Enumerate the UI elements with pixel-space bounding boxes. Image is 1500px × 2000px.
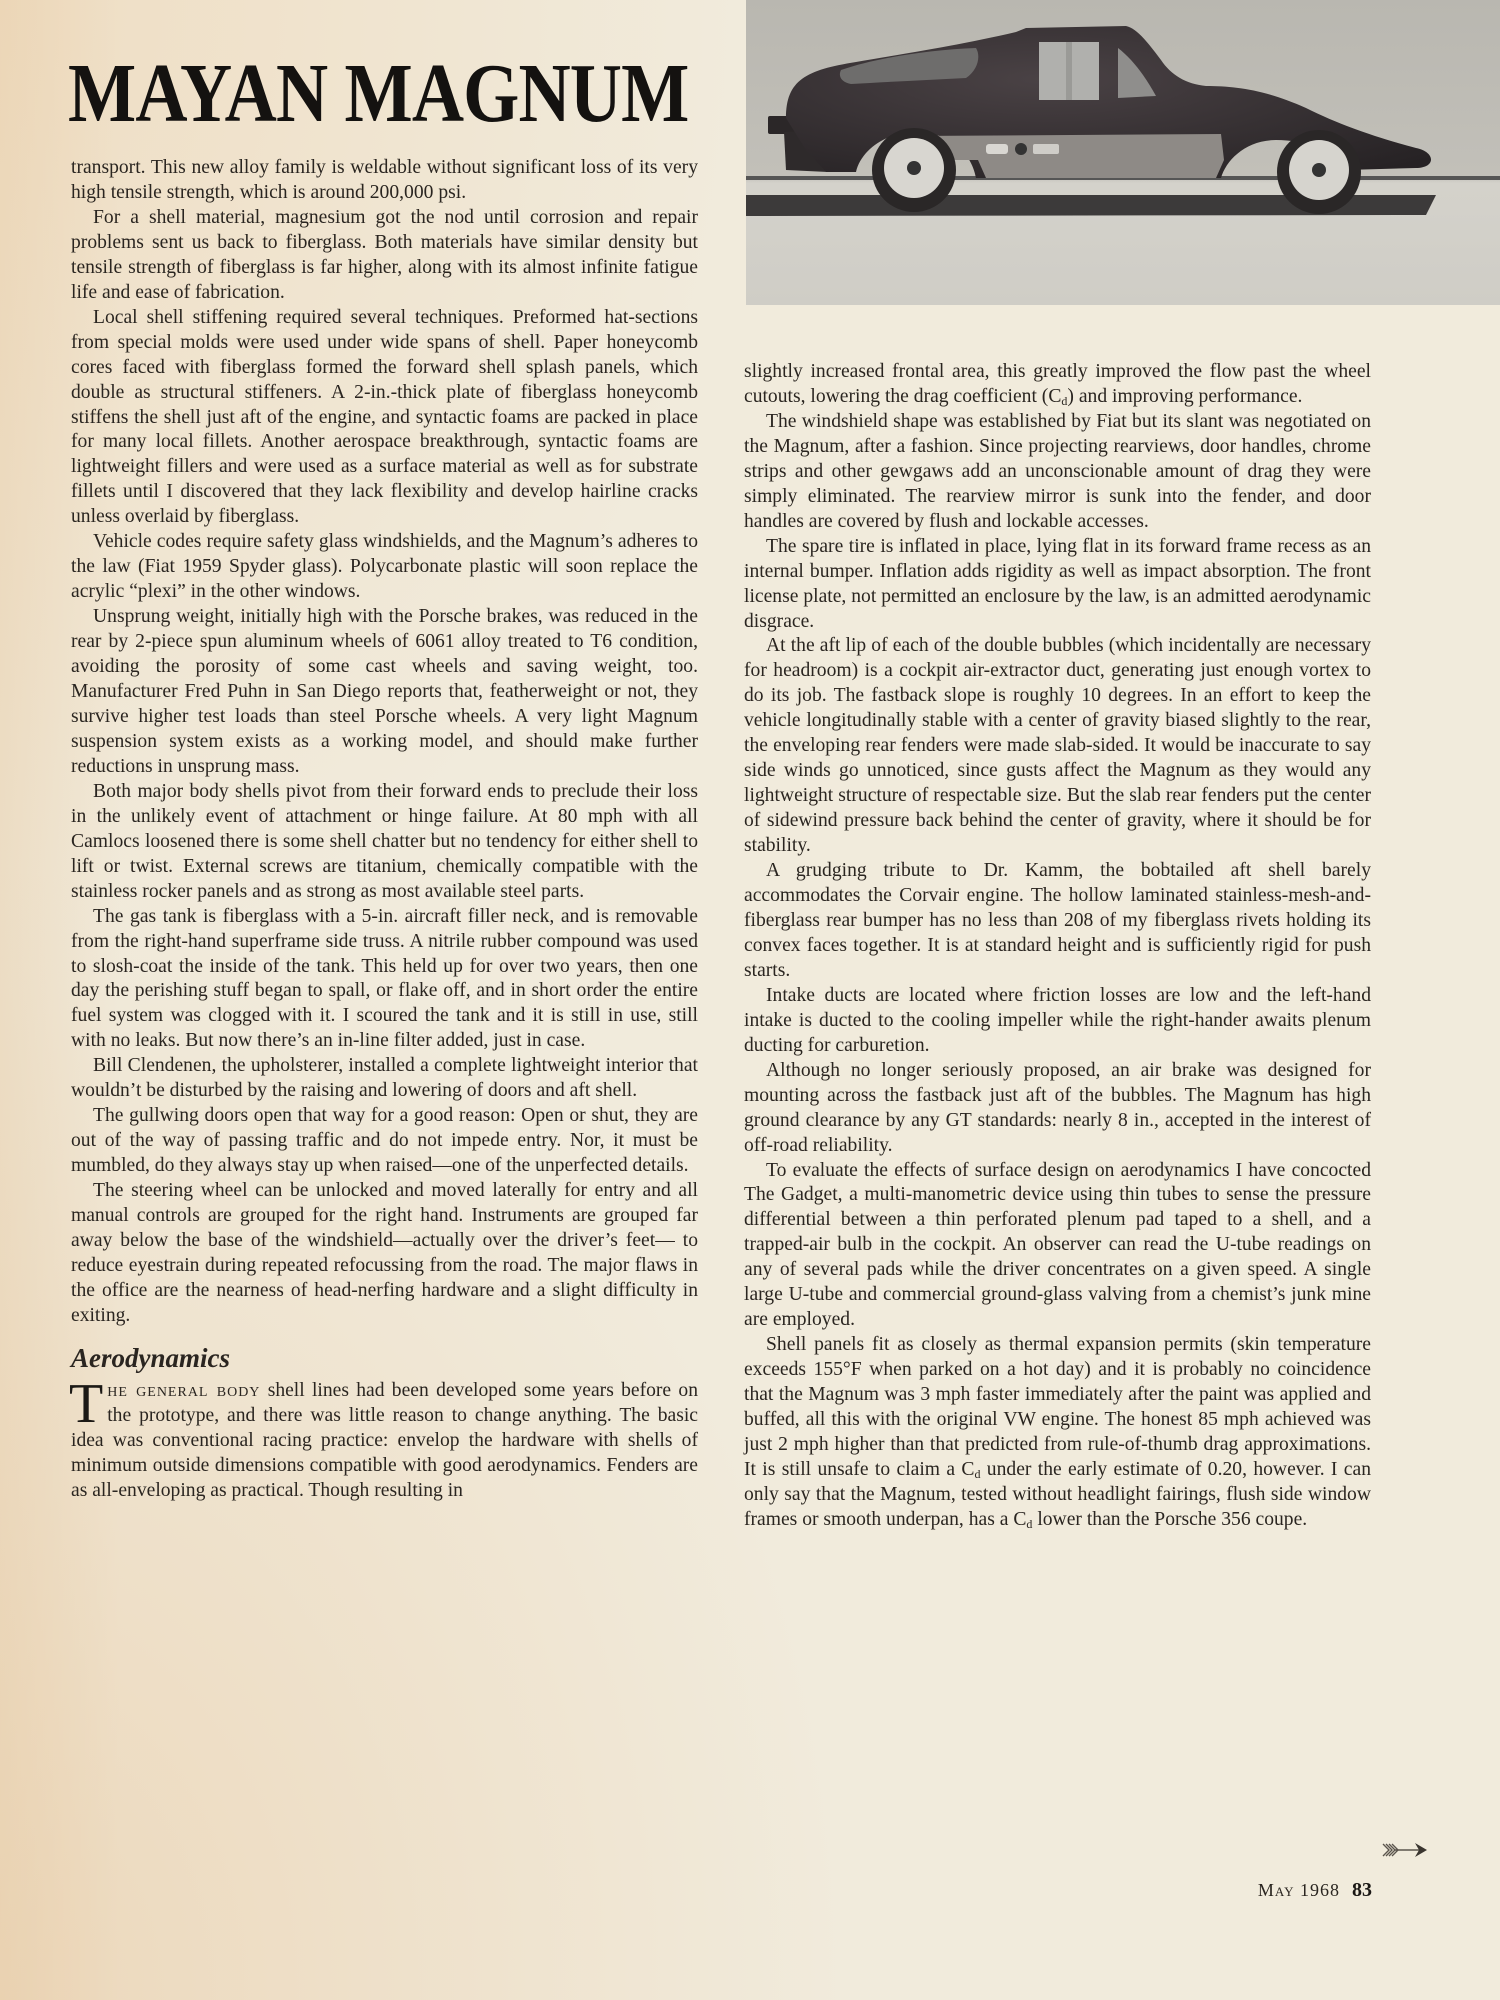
issue-date: May 1968 — [1258, 1880, 1340, 1900]
text-run: ) and improving performance. — [1067, 386, 1302, 407]
car-side-profile-illustration — [746, 0, 1500, 305]
body-paragraph: Although no longer seriously proposed, a… — [744, 1059, 1371, 1159]
body-paragraph: Unsprung weight, initially high with the… — [71, 605, 698, 780]
left-text-column: transport. This new alloy family is weld… — [71, 156, 698, 1504]
body-paragraph: The gas tank is fiberglass with a 5-in. … — [71, 905, 698, 1055]
body-paragraph: Both major body shells pivot from their … — [71, 780, 698, 905]
body-paragraph: The steering wheel can be unlocked and m… — [71, 1179, 698, 1329]
body-paragraph: Intake ducts are located where friction … — [744, 984, 1371, 1059]
body-paragraph: Local shell stiffening required several … — [71, 306, 698, 531]
article-title: MAYAN MAGNUM — [68, 52, 612, 136]
lead-in-smallcaps: he general body — [107, 1380, 260, 1401]
body-paragraph: The gullwing doors open that way for a g… — [71, 1104, 698, 1179]
continued-arrow-icon — [1381, 1838, 1431, 1862]
right-text-column: slightly increased frontal area, this gr… — [744, 360, 1371, 1533]
body-paragraph: A grudging tribute to Dr. Kamm, the bobt… — [744, 859, 1371, 984]
drop-cap: T — [69, 1382, 103, 1426]
body-paragraph: slightly increased frontal area, this gr… — [744, 360, 1371, 410]
car-photo — [746, 0, 1500, 305]
page-footer: May 196883 — [1258, 1879, 1372, 1902]
text-run: lower than the Porsche 356 coupe. — [1032, 1509, 1307, 1530]
body-paragraph: transport. This new alloy family is weld… — [71, 156, 698, 206]
body-paragraph: Shell panels fit as closely as thermal e… — [744, 1333, 1371, 1533]
body-paragraph: Bill Clendenen, the upholsterer, install… — [71, 1054, 698, 1104]
body-paragraph: The windshield shape was established by … — [744, 410, 1371, 535]
body-paragraph: Vehicle codes require safety glass winds… — [71, 530, 698, 605]
section-lead-paragraph: The general body shell lines had been de… — [71, 1379, 698, 1504]
body-paragraph: The spare tire is inflated in place, lyi… — [744, 535, 1371, 635]
page-number: 83 — [1352, 1879, 1372, 1901]
body-paragraph: At the aft lip of each of the double bub… — [744, 634, 1371, 859]
body-paragraph: For a shell material, magnesium got the … — [71, 206, 698, 306]
body-paragraph: To evaluate the effects of surface desig… — [744, 1159, 1371, 1334]
section-heading-aerodynamics: Aerodynamics — [71, 1341, 698, 1375]
